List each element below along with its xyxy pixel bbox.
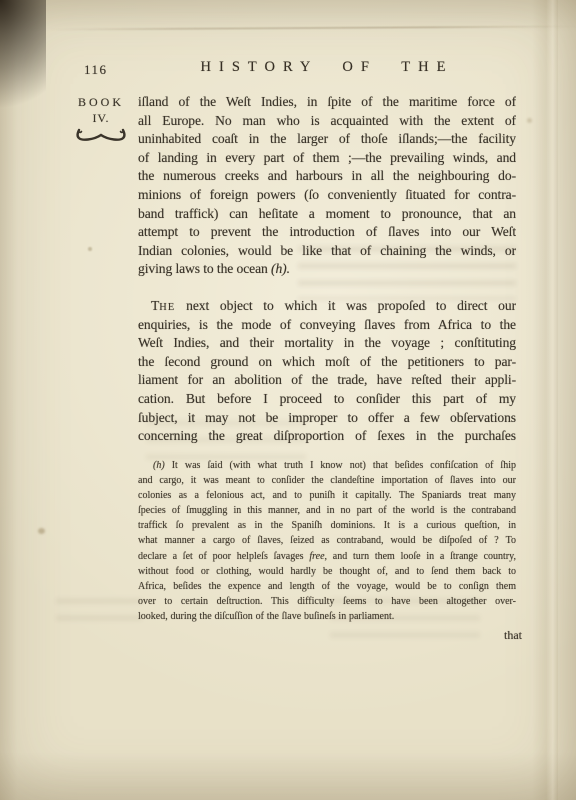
footnote-line: Africa, beſides the expence and length o…	[138, 579, 516, 594]
body-line: of landing in every part of them ;—the p…	[138, 149, 516, 168]
foxing-spot	[88, 247, 92, 251]
book-page-scan: 116 HISTORY OF THE BOOK IV. iſland of th…	[0, 0, 576, 800]
catchword: that	[504, 628, 522, 643]
book-label: BOOK	[71, 95, 131, 110]
body-line: all Europe. No man who is acquainted wit…	[138, 112, 516, 131]
footnote-text: , and turn them looſe in a ſtrange count…	[325, 551, 516, 562]
small-caps: HE	[159, 302, 175, 313]
bleed-through	[56, 598, 142, 628]
body-line: minions of foreign powers (ſo convenient…	[138, 186, 516, 205]
body-line: band traffick) can heſitate a moment to …	[138, 205, 516, 224]
section-ornament	[74, 127, 128, 142]
body-line: cation. But before I proceed to conſider…	[138, 390, 516, 409]
body-line: iſland of the Weſt Indies, in ſpite of t…	[138, 93, 516, 112]
body-line: concerning the great diſproportion of ſe…	[138, 427, 516, 446]
footnote-text: declare a ſet of poor helpleſs ſavages	[138, 551, 309, 562]
footnote-marker: (h)	[153, 460, 165, 471]
body-paragraph-1: iſland of the Weſt Indies, in ſpite of t…	[138, 93, 516, 279]
footnote-line: what manner a cargo of ſlaves, ſeized as…	[138, 533, 516, 548]
page-number: 116	[84, 62, 108, 78]
foxing-spot	[527, 118, 532, 123]
italic-word: free	[309, 551, 324, 562]
foxing-spot	[38, 528, 45, 534]
footnote-line: without food or clothing, would hardly b…	[138, 564, 516, 579]
running-title: HISTORY OF THE	[138, 59, 516, 76]
footnote-line: declare a ſet of poor helpleſs ſavages f…	[138, 549, 516, 564]
body-line: attempt to prevent the introduction of ſ…	[138, 223, 516, 242]
footnote-line: traffick ſo prevalent as in the Spaniſh …	[138, 518, 516, 533]
footnote-line: ſpecies of ſmuggling in this manner, and…	[138, 503, 516, 518]
body-line: liament for an abolition of the trade, h…	[138, 371, 516, 390]
body-text: giving laws to the ocean	[138, 261, 271, 276]
binding-shadow	[0, 0, 46, 150]
footnote-line: colonies as a felonious act, and to puni…	[138, 488, 516, 503]
book-margin-label: BOOK IV.	[71, 95, 131, 142]
body-line: enquiries, is the mode of conveying ſlav…	[138, 316, 516, 335]
body-line: uninhabited coaſt in the larger of thoſe…	[138, 130, 516, 149]
body-line: Indian colonies, would be like that of c…	[138, 242, 516, 261]
body-line: the ſecond ground on which moſt of the p…	[138, 353, 516, 372]
footnote-text: It was ſaid (with what truth I know not)…	[165, 460, 516, 471]
body-line: the numerous creeks and harbours in all …	[138, 167, 516, 186]
book-numeral: IV.	[71, 111, 131, 126]
footnote-line: looked, during the diſcuſſion of the ſla…	[138, 609, 516, 624]
body-line: THE next object to which it was propoſed…	[138, 297, 516, 316]
page-fold-shading	[532, 0, 558, 800]
body-paragraph-2: THE next object to which it was propoſed…	[138, 297, 516, 446]
footnote-line: over to certain deſtruction. This diffic…	[138, 594, 516, 609]
footnote-line: and cargo, it was meant to conſider the …	[138, 473, 516, 488]
body-line: ſubject, it may not be improper to offer…	[138, 409, 516, 428]
footnote: (h) It was ſaid (with what truth I know …	[138, 458, 516, 624]
body-line: giving laws to the ocean (h).	[138, 260, 516, 279]
drop-initial: T	[151, 298, 159, 313]
body-text: next object to which it was propoſed to …	[175, 298, 516, 313]
body-line: Weſt Indies, and their mortality in the …	[138, 334, 516, 353]
paper-crease	[50, 25, 576, 30]
footnote-line: (h) It was ſaid (with what truth I know …	[138, 458, 516, 473]
footnote-reference: (h).	[271, 261, 290, 276]
